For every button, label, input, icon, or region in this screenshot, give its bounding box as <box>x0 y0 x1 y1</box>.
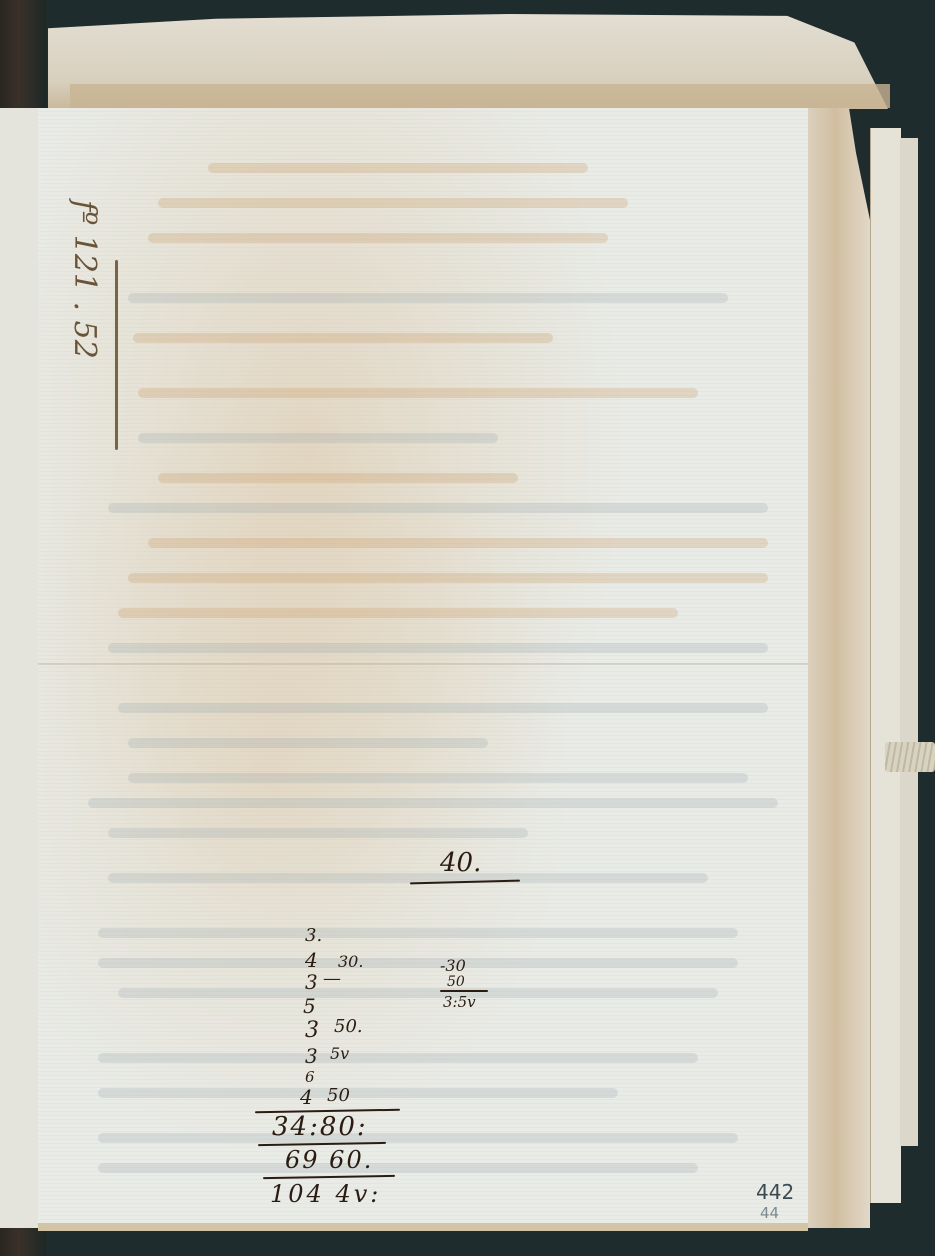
entry-fraction: 50 <box>327 1085 350 1106</box>
faded-text-line <box>158 473 518 483</box>
faded-text-line <box>118 703 768 713</box>
entry-fraction: 50. <box>334 1016 363 1037</box>
side-sum-rule <box>440 990 488 992</box>
entry-fraction: 30. <box>338 952 363 971</box>
entry-units: 6 <box>305 1068 315 1086</box>
faded-text-line <box>138 388 698 398</box>
worn-edge <box>800 108 870 1228</box>
entry-units: 3 <box>305 1018 319 1043</box>
faded-text-line <box>148 233 608 243</box>
binding-cord <box>885 742 935 772</box>
entry-units: 4 <box>305 948 318 972</box>
faded-text-line <box>98 928 738 938</box>
faded-text-line <box>108 828 528 838</box>
old-folio-number: 44 <box>760 1204 779 1222</box>
entry-units: 5 <box>303 994 316 1018</box>
faded-text-line <box>128 293 728 303</box>
faded-text-line <box>148 538 768 548</box>
second-total: 69 60. <box>285 1146 373 1174</box>
side-sum-value: -30 <box>440 956 466 975</box>
top-sum-value: 40. <box>440 848 481 878</box>
faded-text-line <box>128 773 748 783</box>
folio-number: 442 <box>756 1180 794 1204</box>
faded-text-line <box>98 1053 698 1063</box>
entry-units: 3 <box>305 970 318 994</box>
faded-text-line <box>98 1163 698 1173</box>
side-sum-value: 50 <box>447 974 465 990</box>
faded-text-line <box>108 503 768 513</box>
first-total: 34:80: <box>272 1112 368 1142</box>
faded-text-line <box>133 333 553 343</box>
folio-edge-back <box>900 138 918 1146</box>
entry-units: 3. <box>305 925 322 946</box>
faded-text-line <box>128 573 768 583</box>
margin-bracket <box>115 260 118 450</box>
folio-edge <box>870 128 901 1203</box>
side-sum-total: 3:5v <box>443 993 476 1011</box>
manuscript-page <box>38 108 808 1231</box>
underlying-folio-edge <box>70 84 890 108</box>
faded-text-line <box>128 738 488 748</box>
faded-text-line <box>118 988 718 998</box>
faded-text-line <box>138 433 498 443</box>
faded-text-line <box>88 798 778 808</box>
margin-folio-note: fº 121 . 52 <box>67 200 102 359</box>
faded-text-line <box>158 198 628 208</box>
faded-text-line <box>118 608 678 618</box>
entry-fraction: 5v <box>330 1044 349 1063</box>
faded-text-line <box>98 958 738 968</box>
faded-text-line <box>108 873 708 883</box>
grand-total: 104 4v: <box>270 1180 381 1208</box>
page-stack-edges <box>800 108 920 1228</box>
faded-text-line <box>208 163 588 173</box>
faded-text-line <box>98 1133 738 1143</box>
fold-line <box>38 663 808 665</box>
entry-units: 4 <box>300 1085 313 1109</box>
entry-fraction: — <box>323 968 341 989</box>
facing-page-edge <box>0 108 39 1228</box>
faded-text-line <box>98 1088 618 1098</box>
entry-units: 3 <box>305 1044 318 1068</box>
faded-text-line <box>108 643 768 653</box>
